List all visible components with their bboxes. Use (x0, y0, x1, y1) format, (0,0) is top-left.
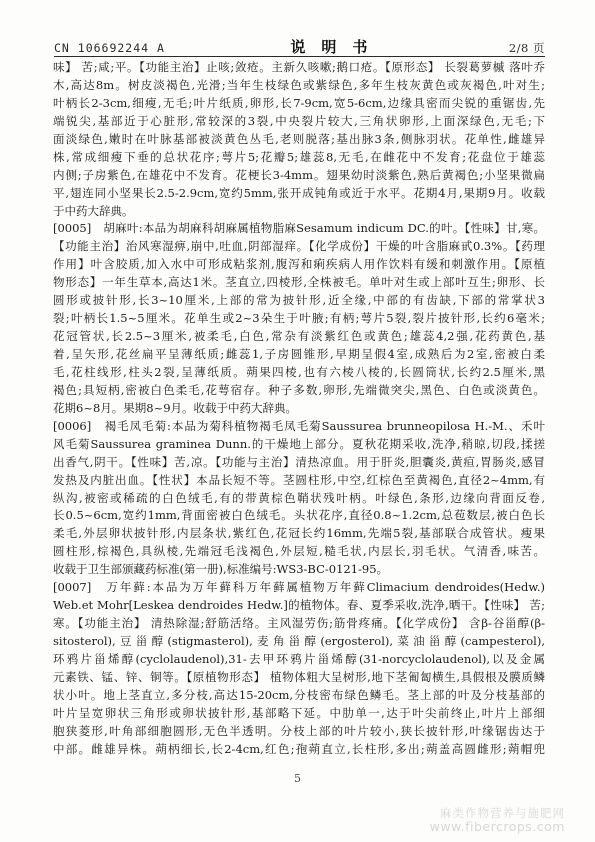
watermark-site-url: www.fibercrops.com (430, 820, 565, 834)
watermark: 麻类作物营养与施肥网 www.fibercrops.com (430, 806, 565, 834)
text-line: 叶柄长2-3cm,细瘦,无毛;叶片纸质,卵形,长7-9cm,宽5-6cm,边缘具… (53, 95, 545, 113)
text-line: 内侧;子房紫色,在雄花中不发育。花梗长3-4mm。翅果幼时淡紫色,熟后黄褐色;小… (53, 167, 545, 185)
text-line: Web.et Mohr[Leskea dendroides Hedw.]的植物体… (53, 597, 545, 615)
text-line: 中部。雌雄异株。蒴柄细长,长2-4cm,红色;孢蒴直立,长柱形,多出;蒴盖高圆雌… (53, 741, 545, 759)
text-line: sitosterol),豆甾醇(stigmasterol),麦角甾醇(ergos… (53, 633, 545, 651)
text-line: [0006] 褐毛凤毛菊:本品为菊科植物褐毛凤毛菊Saussurea brunn… (53, 418, 545, 436)
page-number: 5 (0, 772, 595, 785)
text-line: [0005] 胡麻叶:本品为胡麻科胡麻属植物脂麻Sesamum indicum … (53, 220, 545, 238)
text-line: 收载于卫生部颁藏药标准(第一册),标准编号:WS3-BC-0121-95。 (53, 561, 545, 579)
text-line: 于中药大辞典。 (53, 203, 545, 221)
text-line: 出香气,阴干。【性味】苦,凉。【功能与主治】清热凉血。用于肝炎,胆囊炎,黄疸,胃… (53, 454, 545, 472)
text-line: 圆形或披针形,长3~10厘米,上部的常为披针形,近全缘,中部的有齿缺,下部的常掌… (53, 292, 545, 310)
text-line: 纵沟,被密或稀疏的白色绒毛,有的带黄棕色鞘状残叶柄。叶绿色,条形,边缘向背面反卷… (53, 490, 545, 508)
text-line: 胞狭菱形,叶角部细胞圆形,无色半透明。分枝上部的叶片较小,狭长披针形,叶缘锯齿达… (53, 723, 545, 741)
document-title: 说明书 (274, 36, 383, 57)
text-line: 风毛菊Saussurea graminea Dunn.的干燥地上部分。夏秋花期采… (53, 436, 545, 454)
text-line: 株,常成细瘦下垂的总状花序;萼片5;花瓣5;雄蕊8,无毛,在雌花中不发育;花盘位… (53, 149, 545, 167)
text-line: 木,高达8m。树皮淡褐色,光滑;当年生枝绿色或紫绿色,多年生枝灰黄色或灰褐色,叶… (53, 77, 545, 95)
text-line: 花期6~8月。果期8~9月。收载于中药大辞典。 (53, 400, 545, 418)
patent-specification-page: CN 106692244 A 说明书 2/8 页 味】 苦;咸;平。【功能主治】… (0, 0, 595, 842)
text-line: 裂;叶柄长1.5~5厘米。花单生或2~3朵生于叶腋;有柄;萼片5裂,裂片披针形,… (53, 310, 545, 328)
text-line: 作用】叶含胶质,加入水中可形成粘浆剂,腹泻和痢疾病人用作饮料有缓和刺激作用。【原… (53, 256, 545, 274)
text-line: 褐色;具短柄,密被白色柔毛,花萼宿存。种子多数,卵形,先端微突尖,黑色、白色或淡… (53, 382, 545, 400)
text-line: 端锐尖,基部近于心脏形,常较深的3裂,中央裂片较大,三角状卵形,上面深绿色,无毛… (53, 113, 545, 131)
text-line: 面淡绿色,嫩时在叶脉基部被淡黄色丛毛,老则脱落;基出脉3条,侧脉羽状。花单性,雌… (53, 131, 545, 149)
text-line: 寒。【功能主治】 清热除湿;舒筋活络。主风湿劳伤;筋骨疼痛。【化学成份】 含β-… (53, 615, 545, 633)
text-line: 味】 苦;咸;平。【功能主治】止咳;敛疮。主新久咳嗽;鹅口疮。【原形态】 长裂葛… (53, 59, 545, 77)
text-line: 柔毛,外层卵状披针形,内层条状,紫红色,花冠长约16mm,先端5裂,基部联合成管… (53, 525, 545, 543)
text-line: 着,呈矢形,花丝扁平呈薄纸质;雌蕊1,子房圆锥形,早期呈假4室,成熟后为2室,密… (53, 346, 545, 364)
text-line: 环鸦片甾烯醇(cyclolaudenol),31-去甲环鸦片甾烯醇(31-nor… (53, 651, 545, 669)
text-line: 【功能主治】治风寒湿痹,崩中,吐血,阴部湿痒。【化学成份】干燥的叶含脂麻甙0.3… (53, 238, 545, 256)
text-line: 状小叶。地上茎直立,多分枝,高达15-20cm,分枝密布绿色鳞毛。茎上部的叶及分… (53, 687, 545, 705)
text-line: 平,翅连同小坚果长2.5-2.9cm,宽约5mm,张开成钝角或近于水平。花期4月… (53, 185, 545, 203)
text-line: 发热及内脏出血。【性状】本品长短不等。茎圆柱形,中空,红棕色至黄褐色,直径2~4… (53, 472, 545, 490)
patent-number: CN 106692244 A (54, 41, 165, 55)
page-indicator: 2/8 页 (509, 40, 545, 56)
text-line: 花冠管状,长2.5~3厘米,被柔毛,白色,常杂有淡紫红色或黄色;雄蕊4,2强,花… (53, 328, 545, 346)
text-line: 叶片呈宽卵状三角形或卵状披针形,基部略下延。中肋单一,达于叶尖前终止,叶片上部细 (53, 705, 545, 723)
text-line: 长0.5~6cm,宽约1mm,背面密被白色绒毛。头状花序,直径0.8~1.2cm… (53, 507, 545, 525)
text-body: 味】 苦;咸;平。【功能主治】止咳;敛疮。主新久咳嗽;鹅口疮。【原形态】 长裂葛… (53, 59, 545, 759)
page-header: CN 106692244 A 说明书 2/8 页 (54, 36, 545, 56)
text-line: 毛,花柱线形,柱头2裂,呈薄纸质。蒴果四棱,也有六棱八棱的,长圆筒状,长约2.5… (53, 364, 545, 382)
text-line: [0007] 万年藓:本品为万年藓科万年藓属植物万年藓Climacium den… (53, 579, 545, 597)
text-line: 物形态】一年生草本,高达1米。茎直立,四棱形,全株被毛。单叶对生或上部叶互生;卵… (53, 274, 545, 292)
watermark-site-name: 麻类作物营养与施肥网 (430, 806, 565, 820)
text-line: 元素铁、锰、锌、铜等。【原植物形态】 植物体粗大呈树形,地下茎匍匐横生,具假根及… (53, 669, 545, 687)
text-line: 圆柱形,棕褐色,具纵棱,先端冠毛浅褐色,外层短,糙毛状,内层长,羽毛状。气清香,… (53, 543, 545, 561)
header-divider (54, 56, 545, 57)
